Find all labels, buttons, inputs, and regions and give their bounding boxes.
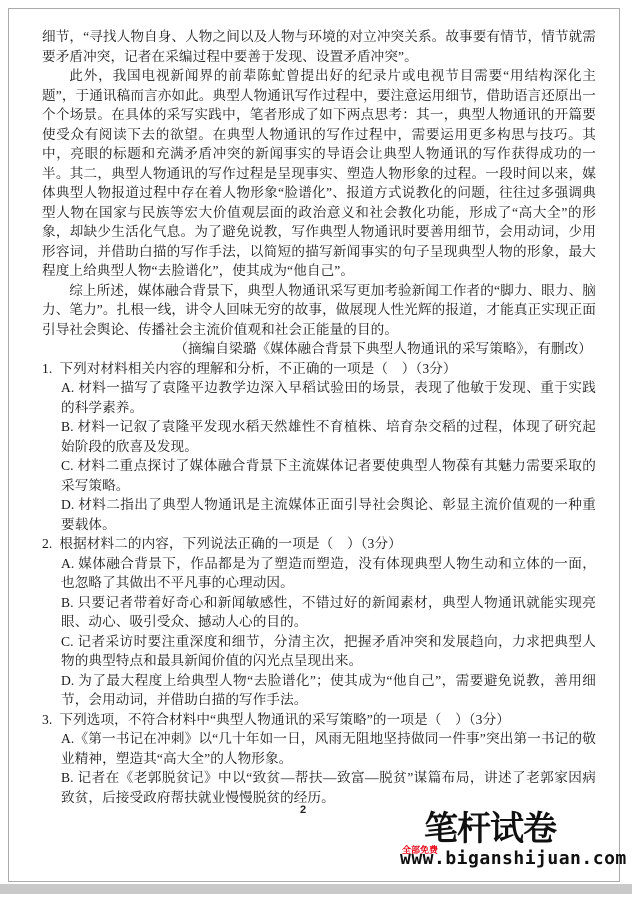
- page-number: 2: [294, 804, 312, 816]
- question-1: 1.下列对材料相关内容的理解和分析，不正确的一项是（ ）（3分） A. 材料一描…: [42, 359, 596, 535]
- question-2-option-c: C. 记者采访时要注重深度和细节，分清主次，把握矛盾冲突和发展趋向，力求把典型人…: [61, 632, 596, 671]
- source-attribution: （摘编自梁璐《媒体融合背景下典型人物通讯的采写策略》，有删改）: [42, 339, 596, 359]
- question-1-stem: 1.下列对材料相关内容的理解和分析，不正确的一项是（ ）（3分）: [42, 359, 596, 379]
- question-2-number: 2.: [42, 536, 52, 551]
- question-2-option-d: D. 为了最大程度上给典型人物“去脸谱化”；使其成为“他自己”，需要避免说教，善…: [61, 671, 596, 710]
- question-2-stem-text: 根据材料二的内容，下列说法正确的一项是（ ）（3分）: [59, 536, 401, 551]
- material-paragraph-2: 此外，我国电视新闻界的前辈陈虻曾提出好的纪录片或电视节目需要“用结构深化主题”，…: [42, 66, 596, 281]
- question-3-number: 3.: [42, 712, 52, 727]
- question-1-option-a: A. 材料一描写了袁隆平边教学边深入早稻试验田的场景，表现了他敏于发现、重于实践…: [61, 378, 596, 417]
- question-1-option-d: D. 材料二指出了典型人物通讯是主流媒体正面引导社会舆论、彰显主流价值观的一种重…: [61, 495, 596, 534]
- question-3-stem-text: 下列选项，不符合材料中“典型人物通讯的采写策略”的一项是（ ）（3分）: [59, 712, 510, 727]
- watermark-title: 笔杆试卷: [424, 810, 622, 848]
- question-2-option-a: A. 媒体融合背景下，作品都是为了塑造而塑造，没有体现典型人物生动和立体的一面，…: [61, 554, 596, 593]
- question-3-stem: 3.下列选项，不符合材料中“典型人物通讯的采写策略”的一项是（ ）（3分）: [42, 710, 596, 730]
- question-1-option-c: C. 材料二重点探讨了媒体融合背景下主流媒体记者要使典型人物葆有其魅力需要采取的…: [61, 456, 596, 495]
- question-3-option-a: A.《第一书记在冲刺》以“几十年如一日，风雨无阻地坚持做同一件事”突出第一书记的…: [61, 729, 596, 768]
- question-1-stem-text: 下列对材料相关内容的理解和分析，不正确的一项是（ ）（3分）: [59, 361, 456, 376]
- question-1-option-b: B. 材料一记叙了袁隆平发现水稻天然雄性不育植株、培育杂交稻的过程，体现了研究起…: [61, 417, 596, 456]
- material-paragraph-1: 细节，“寻找人物自身、人物之间以及人物与环境的对立冲突关系。故事要有情节，情节就…: [42, 27, 596, 66]
- question-2: 2.根据材料二的内容，下列说法正确的一项是（ ）（3分） A. 媒体融合背景下，…: [42, 534, 596, 710]
- question-3: 3.下列选项，不符合材料中“典型人物通讯的采写策略”的一项是（ ）（3分） A.…: [42, 710, 596, 808]
- exam-page-content: 细节，“寻找人物自身、人物之间以及人物与环境的对立冲突关系。故事要有情节，情节就…: [42, 27, 596, 807]
- scan-bottom-strip: [0, 884, 632, 894]
- watermark: 笔杆试卷 全部免费 www.biganshijuan.com: [398, 810, 622, 869]
- question-1-number: 1.: [42, 361, 52, 376]
- material-paragraph-3: 综上所述，媒体融合背景下，典型人物通讯采写更加考验新闻工作者的“脚力、眼力、脑力…: [42, 281, 596, 340]
- question-2-option-b: B. 只要记者带着好奇心和新闻敏感性，不错过好的新闻素材，典型人物通讯就能实现亮…: [61, 593, 596, 632]
- question-3-option-b: B. 记者在《老郭脱贫记》中以“致贫—帮扶—致富—脱贫”谋篇布局，讲述了老郭家因…: [61, 768, 596, 807]
- question-2-stem: 2.根据材料二的内容，下列说法正确的一项是（ ）（3分）: [42, 534, 596, 554]
- watermark-free-label: 全部免费: [402, 845, 438, 855]
